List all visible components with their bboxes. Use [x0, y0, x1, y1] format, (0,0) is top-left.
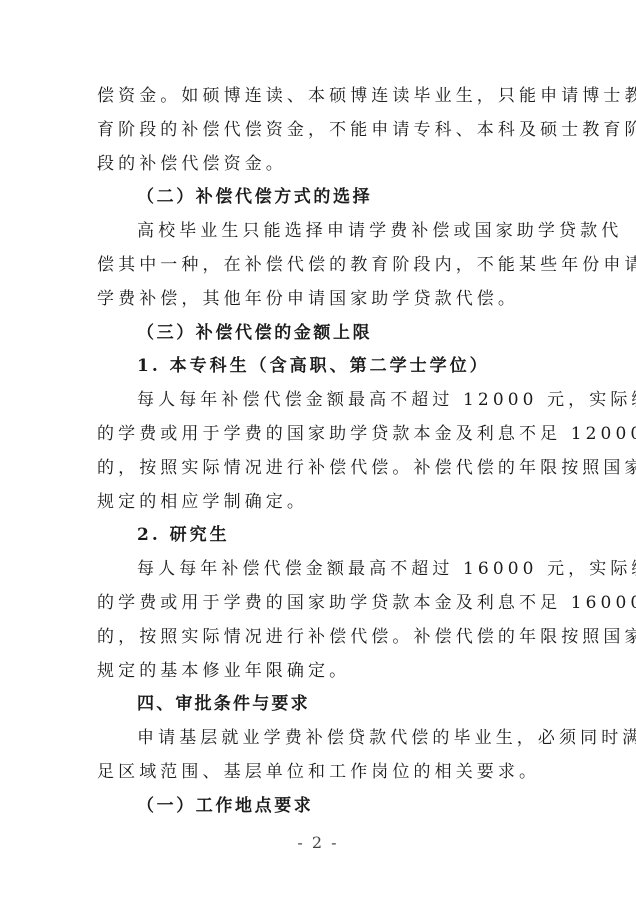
section-heading-1: （一）工作地点要求	[97, 790, 543, 824]
paragraph-line: 规定的基本修业年限确定。	[97, 655, 543, 689]
paragraph-line: 偿资金。如硕博连读、本硕博连读毕业生，只能申请博士教	[97, 80, 543, 114]
paragraph-line: 学费补偿，其他年份申请国家助学贷款代偿。	[97, 283, 543, 317]
page-number: - 2 -	[0, 833, 636, 852]
paragraph-line: 的，按照实际情况进行补偿代偿。补偿代偿的年限按照国家	[97, 621, 543, 655]
paragraph-line: 育阶段的补偿代偿资金，不能申请专科、本科及硕士教育阶	[97, 114, 543, 148]
paragraph-line: 高校毕业生只能选择申请学费补偿或国家助学贷款代	[97, 215, 543, 249]
paragraph-line: 段的补偿代偿资金。	[97, 148, 543, 182]
sub-heading-graduate: 2. 研究生	[97, 519, 543, 553]
paragraph-line: 偿其中一种，在补偿代偿的教育阶段内，不能某些年份申请	[97, 249, 543, 283]
section-heading-2: （二）补偿代偿方式的选择	[97, 181, 543, 215]
document-page: 偿资金。如硕博连读、本硕博连读毕业生，只能申请博士教 育阶段的补偿代偿资金，不能…	[97, 80, 543, 824]
paragraph-line: 每人每年补偿代偿金额最高不超过 12000 元，实际缴纳	[97, 384, 543, 418]
paragraph-line: 每人每年补偿代偿金额最高不超过 16000 元，实际缴纳	[97, 553, 543, 587]
paragraph-line: 的学费或用于学费的国家助学贷款本金及利息不足 16000 元	[97, 587, 543, 621]
paragraph-line: 规定的相应学制确定。	[97, 486, 543, 520]
sub-heading-undergraduate: 1. 本专科生（含高职、第二学士学位）	[97, 350, 543, 384]
paragraph-line: 的学费或用于学费的国家助学贷款本金及利息不足 12000 元	[97, 418, 543, 452]
chapter-heading-4: 四、审批条件与要求	[97, 688, 543, 722]
paragraph-line: 的，按照实际情况进行补偿代偿。补偿代偿的年限按照国家	[97, 452, 543, 486]
section-heading-3: （三）补偿代偿的金额上限	[97, 317, 543, 351]
paragraph-line: 足区域范围、基层单位和工作岗位的相关要求。	[97, 756, 543, 790]
paragraph-line: 申请基层就业学费补偿贷款代偿的毕业生，必须同时满	[97, 722, 543, 756]
